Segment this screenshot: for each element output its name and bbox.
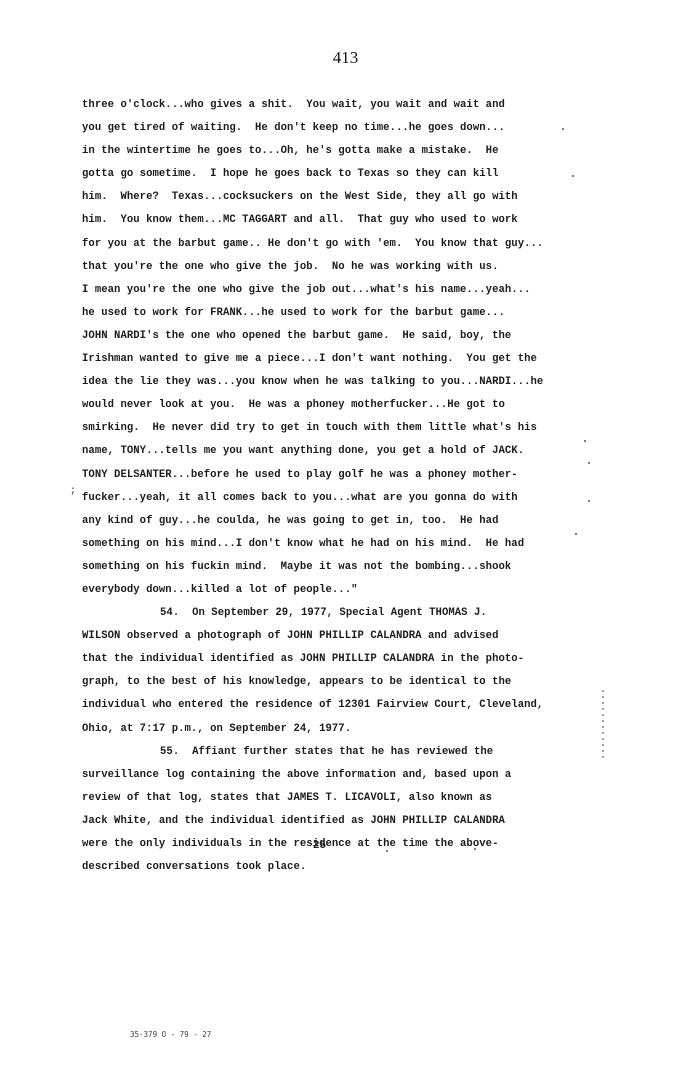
transcript-line: name, TONY...tells me you want anything … [82, 440, 602, 463]
paragraph-line: surveillance log containing the above in… [82, 764, 602, 787]
print-code: 35-379 O - 79 - 27 [130, 1030, 211, 1039]
scan-speck [588, 462, 590, 464]
paragraph-line: described conversations took place. [82, 856, 602, 879]
paragraph-first-line: 55. Affiant further states that he has r… [82, 741, 602, 764]
paragraph-first-line: 54. On September 29, 1977, Special Agent… [82, 602, 602, 625]
paragraph-line: individual who entered the residence of … [82, 694, 602, 717]
transcript-line: any kind of guy...he coulda, he was goin… [82, 510, 602, 533]
transcript-line: he used to work for FRANK...he used to w… [82, 302, 602, 325]
transcript-line: idea the lie they was...you know when he… [82, 371, 602, 394]
transcript-line: you get tired of waiting. He don't keep … [82, 117, 602, 140]
footer-page-number: 25 [0, 840, 691, 852]
scan-speck [562, 128, 564, 130]
transcript-line: TONY DELSANTER...before he used to play … [82, 464, 602, 487]
transcript-line: smirking. He never did try to get in tou… [82, 417, 602, 440]
transcript-line: something on his mind...I don't know wha… [82, 533, 602, 556]
document-body: three o'clock...who gives a shit. You wa… [82, 94, 602, 879]
paragraph-line: Ohio, at 7:17 p.m., on September 24, 197… [82, 718, 602, 741]
scan-speck [386, 850, 388, 852]
paragraph-lead-text: Affiant further states that he has revie… [192, 746, 493, 758]
page-number-header: 413 [0, 48, 691, 68]
paragraph-55: 55. Affiant further states that he has r… [82, 741, 602, 880]
transcript-line: for you at the barbut game.. He don't go… [82, 233, 602, 256]
transcript-line: him. Where? Texas...cocksuckers on the W… [82, 186, 602, 209]
paragraph-line: that the individual identified as JOHN P… [82, 648, 602, 671]
transcript-line: three o'clock...who gives a shit. You wa… [82, 94, 602, 117]
transcript-line: that you're the one who give the job. No… [82, 256, 602, 279]
scan-artifact-column [602, 690, 604, 762]
margin-mark: ; [70, 486, 76, 497]
transcript-line: in the wintertime he goes to...Oh, he's … [82, 140, 602, 163]
paragraph-54: 54. On September 29, 1977, Special Agent… [82, 602, 602, 741]
paragraph-line: Jack White, and the individual identifie… [82, 810, 602, 833]
scan-speck [588, 500, 590, 502]
transcript-line: would never look at you. He was a phoney… [82, 394, 602, 417]
transcript-line: him. You know them...MC TAGGART and all.… [82, 209, 602, 232]
transcript-block: three o'clock...who gives a shit. You wa… [82, 94, 602, 602]
scan-speck [584, 440, 586, 442]
transcript-line: everybody down...killed a lot of people.… [82, 579, 602, 602]
transcript-line: JOHN NARDI's the one who opened the barb… [82, 325, 602, 348]
paragraph-lead-text: On September 29, 1977, Special Agent THO… [192, 607, 487, 619]
scan-speck [572, 175, 574, 177]
paragraph-line: review of that log, states that JAMES T.… [82, 787, 602, 810]
transcript-line: Irishman wanted to give me a piece...I d… [82, 348, 602, 371]
paragraph-number: 55. [160, 746, 179, 758]
transcript-line: I mean you're the one who give the job o… [82, 279, 602, 302]
paragraph-line: graph, to the best of his knowledge, app… [82, 671, 602, 694]
paragraph-number: 54. [160, 607, 179, 619]
transcript-line: fucker...yeah, it all comes back to you.… [82, 487, 602, 510]
scan-speck [575, 533, 577, 535]
footer-page-number-text: 25 [313, 840, 326, 852]
transcript-line: gotta go sometime. I hope he goes back t… [82, 163, 602, 186]
transcript-line: something on his fuckin mind. Maybe it w… [82, 556, 602, 579]
scan-speck [474, 848, 476, 850]
paragraph-line: WILSON observed a photograph of JOHN PHI… [82, 625, 602, 648]
